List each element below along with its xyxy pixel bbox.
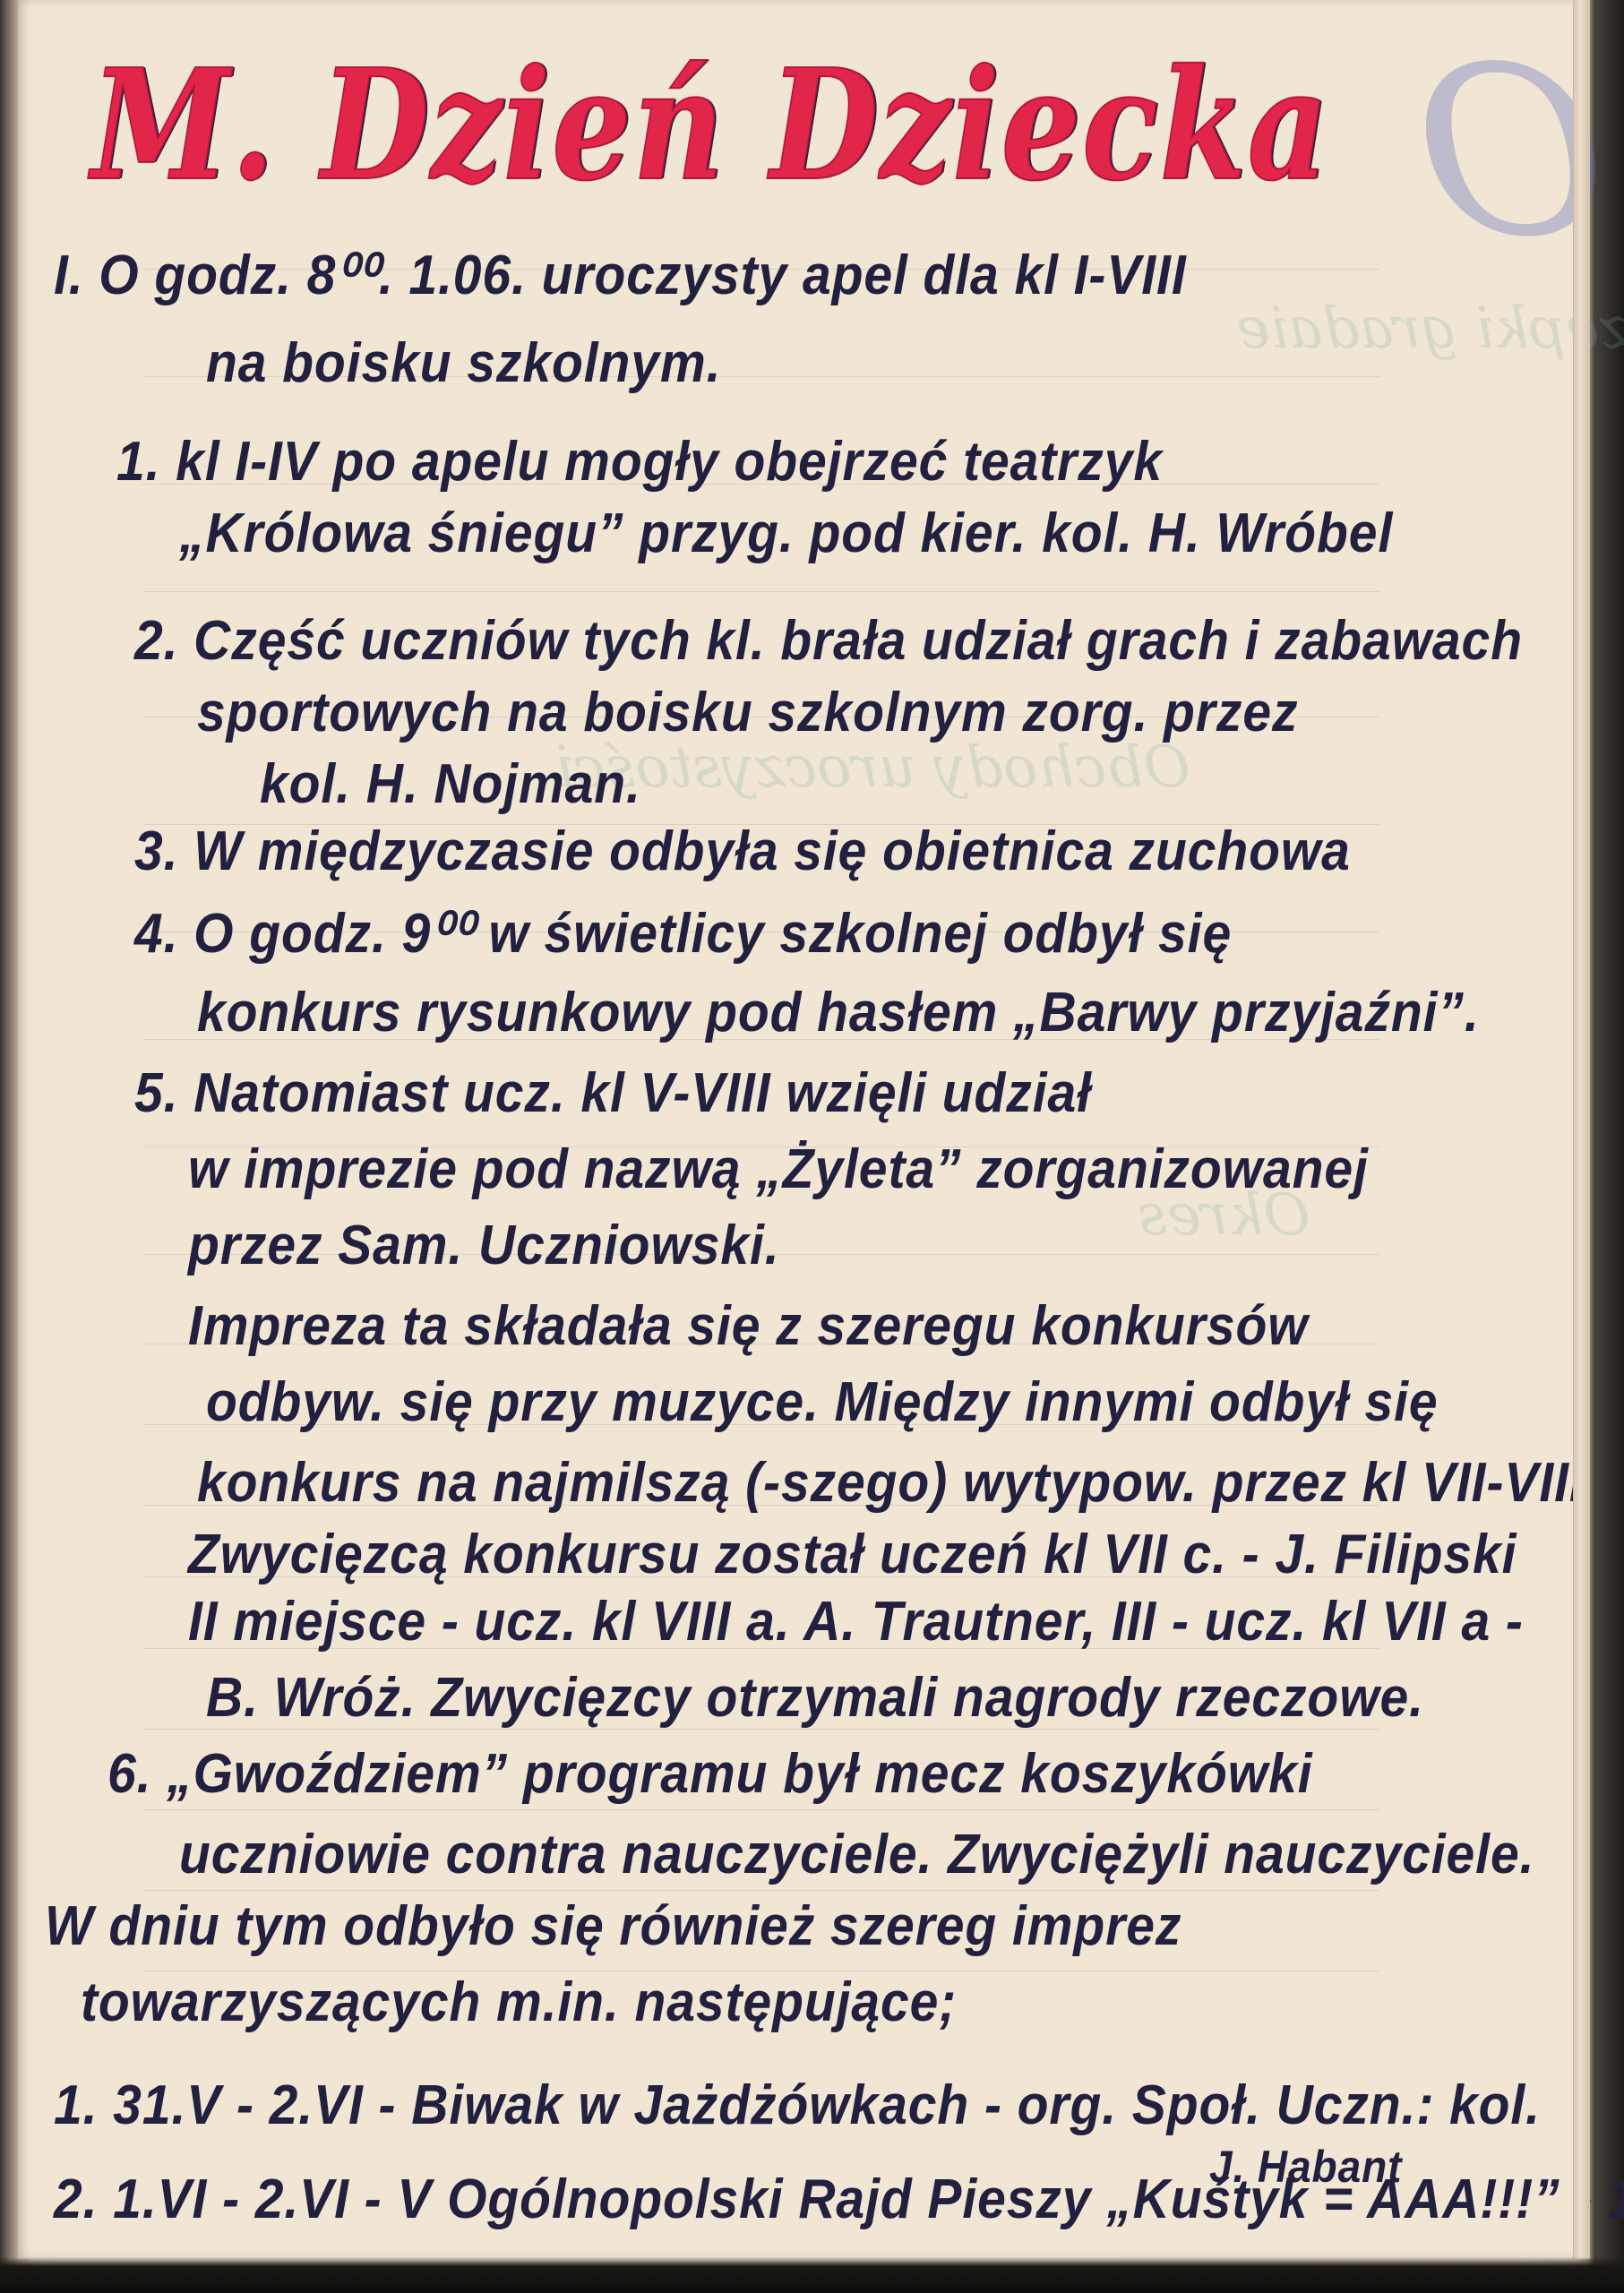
list-item-line: odbyw. się przy muzyce. Między innymi od… bbox=[206, 1370, 1439, 1434]
ruled-line bbox=[143, 1890, 1379, 1891]
ruled-line bbox=[143, 1809, 1379, 1810]
list-item-line: przez Sam. Uczniowski. bbox=[188, 1214, 780, 1277]
list-item-line: 3. W międzyczasie odbyła się obietnica z… bbox=[134, 820, 1351, 883]
bleed-through-text: Obchody uroczystości bbox=[555, 734, 1190, 801]
list-item-line: Zwycięzcą konkursu został uczeń kl VII c… bbox=[188, 1523, 1517, 1586]
list-item-line: 5. Natomiast ucz. kl V-VIII wzięli udzia… bbox=[134, 1061, 1092, 1125]
list-item-line: 6. „Gwoździem” programu był mecz koszykó… bbox=[107, 1742, 1313, 1806]
list-item-line: konkurs na najmilszą (-szego) wytypow. p… bbox=[197, 1451, 1585, 1515]
notebook-page: O Szczepki gradaie Obchody uroczystości … bbox=[18, 0, 1590, 2259]
ruled-line bbox=[143, 591, 1379, 592]
bleed-through-text: Szczepki gradaie bbox=[1236, 296, 1624, 362]
event-line: 1. 31.V - 2.VI - Biwak w Jażdżówkach - o… bbox=[54, 2074, 1541, 2137]
list-item-line: w imprezie pod nazwą „Żyleta” zorganizow… bbox=[188, 1138, 1369, 1201]
scanned-notebook: O Szczepki gradaie Obchody uroczystości … bbox=[0, 0, 1624, 2293]
section-heading-line: I. O godz. 8⁰⁰. 1.06. uroczysty apel dla… bbox=[54, 242, 1187, 307]
page-title: M. Dzień Dziecka bbox=[91, 36, 1330, 215]
page-edge bbox=[1573, 0, 1590, 2259]
closing-line: towarzyszących m.in. następujące; bbox=[81, 1971, 957, 2034]
event-line: 2. 1.VI - 2.VI - V Ogólnopolski Rajd Pie… bbox=[54, 2168, 1624, 2231]
list-item-line: kol. H. Nojman. bbox=[260, 752, 641, 816]
list-item-line: „Królowa śniegu” przyg. pod kier. kol. H… bbox=[179, 502, 1393, 565]
list-item-line: uczniowie contra nauczyciele. Zwyciężyli… bbox=[179, 1823, 1534, 1886]
list-item-line: Impreza ta składała się z szeregu konkur… bbox=[188, 1294, 1309, 1358]
list-item-line: konkurs rysunkowy pod hasłem „Barwy przy… bbox=[197, 981, 1480, 1044]
closing-line: W dniu tym odbyło się również szereg imp… bbox=[45, 1894, 1181, 1958]
list-item-line: 2. Część uczniów tych kl. brała udział g… bbox=[134, 609, 1523, 673]
list-item-line: sportowych na boisku szkolnym zorg. prze… bbox=[197, 681, 1298, 744]
list-item-line: II miejsce - ucz. kl VIII a. A. Trautner… bbox=[188, 1590, 1524, 1653]
scan-bottom-shadow bbox=[0, 2257, 1624, 2293]
list-item-line: 4. O godz. 9⁰⁰ w świetlicy szkolnej odby… bbox=[134, 900, 1232, 966]
section-heading-line: na boisku szkolnym. bbox=[206, 331, 721, 395]
list-item-line: 1. kl I-IV po apelu mogły obejrzeć teatr… bbox=[116, 430, 1163, 494]
list-item-line: B. Wróż. Zwycięzcy otrzymali nagrody rze… bbox=[206, 1666, 1424, 1730]
